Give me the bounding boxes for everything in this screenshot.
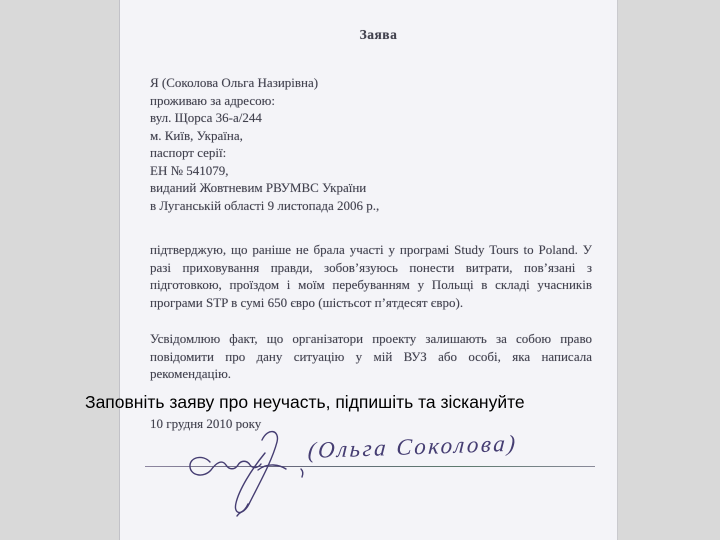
presentation-slide: Заява Я (Соколова Ольга Назирівна) прожи… xyxy=(0,0,720,540)
passport-issue-date-line: в Луганській області 9 листопада 2006 р.… xyxy=(150,197,379,215)
street-line: вул. Щорса 36-а/244 xyxy=(150,109,379,127)
passport-label-line: паспорт серії: xyxy=(150,144,379,162)
document-title: Заява xyxy=(130,27,627,43)
passport-number-line: ЕН № 541079, xyxy=(150,162,379,180)
city-line: м. Київ, Україна, xyxy=(150,127,379,145)
applicant-details: Я (Соколова Ольга Назирівна) проживаю за… xyxy=(150,74,379,214)
applicant-name-line: Я (Соколова Ольга Назирівна) xyxy=(150,74,379,92)
awareness-paragraph: Усвідомлюю факт, що організатори проекту… xyxy=(150,330,592,383)
confirmation-paragraph: підтверджую, що раніше не брала участі у… xyxy=(150,241,592,311)
signature-name-handwritten: (Ольга Соколова) xyxy=(307,431,518,464)
scanned-application-document: Заява Я (Соколова Ольга Назирівна) прожи… xyxy=(120,0,617,540)
address-label-line: проживаю за адресою: xyxy=(150,92,379,110)
instruction-caption: Заповніть заяву про неучасть, підпишіть … xyxy=(85,392,525,413)
passport-issuer-line: виданий Жовтневим РВУМВС України xyxy=(150,179,379,197)
